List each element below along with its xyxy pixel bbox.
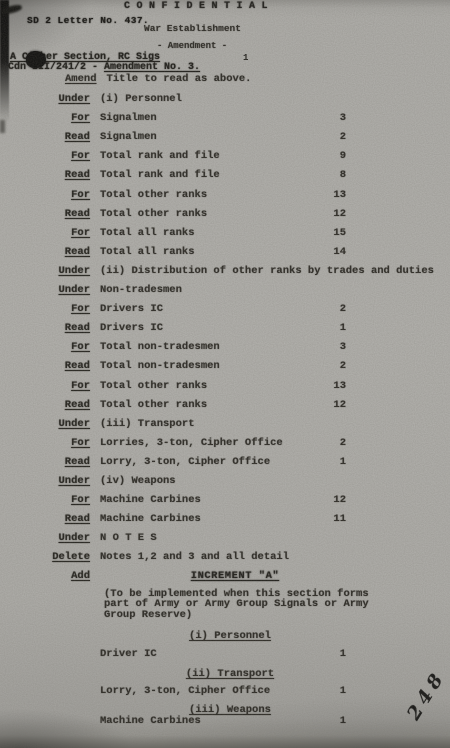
amendment-keyword: Read bbox=[28, 131, 90, 143]
increment-note-line: Group Reserve) bbox=[104, 610, 369, 620]
amendment-text: Total other ranks bbox=[100, 189, 207, 201]
amendment-text: Drivers IC bbox=[100, 322, 163, 334]
amendment-text: Total all ranks bbox=[100, 246, 195, 258]
amendment-text: Total other ranks bbox=[100, 380, 207, 392]
amendment-row: ForMachine Carbines12 bbox=[0, 494, 450, 513]
amendment-keyword: Under bbox=[28, 265, 90, 277]
amend-keyword: Amend bbox=[65, 73, 97, 85]
increment-note: (To be implemented when this section for… bbox=[104, 589, 369, 620]
reference-amendment-number: Amendment No. 3. bbox=[104, 62, 200, 73]
amendment-text: Total rank and file bbox=[100, 150, 220, 162]
amendment-text: Total other ranks bbox=[100, 208, 207, 220]
amendment-text: Machine Carbines bbox=[100, 513, 201, 525]
amendment-value: 12 bbox=[300, 399, 346, 411]
amendment-text: Signalmen bbox=[100, 131, 157, 143]
amendment-row: ReadTotal rank and file8 bbox=[0, 169, 450, 188]
doc-type-title: War Establishment bbox=[144, 23, 241, 34]
amendment-value: 3 bbox=[300, 112, 346, 124]
amendment-value: 1 bbox=[300, 456, 346, 468]
amendment-value: 2 bbox=[300, 437, 346, 449]
amendment-row: DeleteNotes 1,2 and 3 and all detail bbox=[0, 551, 450, 570]
increment-section-heading: (i) Personnel bbox=[150, 630, 310, 642]
amendment-row: Under(iii) Transport bbox=[0, 418, 450, 437]
amendment-row: ReadMachine Carbines11 bbox=[0, 513, 450, 532]
amendment-value: 13 bbox=[300, 189, 346, 201]
amendment-text: Total non-tradesmen bbox=[100, 360, 220, 372]
amendment-value: 3 bbox=[300, 341, 346, 353]
amendment-text: Total other ranks bbox=[100, 399, 207, 411]
reference-number: Cdn III/241/2 - bbox=[8, 62, 104, 73]
amendment-row: ForSignalmen3 bbox=[0, 112, 450, 131]
amendment-row: ReadTotal other ranks12 bbox=[0, 208, 450, 227]
amendment-row: ForTotal other ranks13 bbox=[0, 380, 450, 399]
amendment-keyword: Read bbox=[28, 246, 90, 258]
amendment-text: Lorry, 3-ton, Cipher Office bbox=[100, 456, 270, 468]
film-edge-artifact bbox=[0, 0, 9, 122]
amendment-text: Signalmen bbox=[100, 112, 157, 124]
amendment-row: Under(iv) Weapons bbox=[0, 475, 450, 494]
amendment-text: Total non-tradesmen bbox=[100, 341, 220, 353]
amendment-value: 8 bbox=[300, 169, 346, 181]
amendment-row: ReadTotal all ranks14 bbox=[0, 246, 450, 265]
classification-banner: CONFIDENTIAL bbox=[124, 1, 274, 12]
amendment-value: 15 bbox=[300, 227, 346, 239]
amendment-keyword: Read bbox=[28, 169, 90, 181]
amendment-keyword: Read bbox=[28, 513, 90, 525]
amendment-keyword: Under bbox=[28, 475, 90, 487]
amendment-text: Total all ranks bbox=[100, 227, 195, 239]
ink-blob-artifact bbox=[26, 51, 46, 68]
amendment-keyword: For bbox=[28, 189, 90, 201]
amendment-subtitle: - Amendment - bbox=[157, 41, 227, 51]
amendment-keyword: Read bbox=[28, 456, 90, 468]
amendment-keyword: For bbox=[28, 112, 90, 124]
amendment-text: (iii) Transport bbox=[100, 418, 195, 430]
amendment-keyword: Under bbox=[28, 284, 90, 296]
increment-item-text: Lorry, 3-ton, Cipher Office bbox=[100, 685, 270, 697]
amendment-text: Non-tradesmen bbox=[100, 284, 182, 296]
handwritten-page-number: 248 bbox=[403, 666, 450, 724]
amendment-value: 13 bbox=[300, 380, 346, 392]
stray-pencil-mark: 1 bbox=[243, 53, 248, 63]
amendment-text: (ii) Distribution of other ranks by trad… bbox=[100, 265, 434, 277]
amendment-keyword: Delete bbox=[28, 551, 90, 563]
amendment-value: 2 bbox=[300, 303, 346, 315]
amendment-keyword: Under bbox=[28, 418, 90, 430]
add-keyword: Add bbox=[28, 570, 90, 582]
amendment-text: Notes 1,2 and 3 and all detail bbox=[100, 551, 289, 563]
amendment-value: 14 bbox=[300, 246, 346, 258]
amendment-value: 12 bbox=[300, 494, 346, 506]
increment-item-value: 1 bbox=[300, 715, 346, 727]
amendment-row: ForLorries, 3-ton, Cipher Office2 bbox=[0, 437, 450, 456]
amendment-value: 11 bbox=[300, 513, 346, 525]
amendment-text: Total rank and file bbox=[100, 169, 220, 181]
amendment-row: ReadDrivers IC1 bbox=[0, 322, 450, 341]
amendment-row: ForTotal non-tradesmen3 bbox=[0, 341, 450, 360]
amendment-keyword: Under bbox=[28, 532, 90, 544]
amendment-row: ForTotal other ranks13 bbox=[0, 189, 450, 208]
amendment-value: 2 bbox=[300, 360, 346, 372]
amendment-text: (iv) Weapons bbox=[100, 475, 176, 487]
amend-directive: AmendTitle to read as above. bbox=[65, 73, 251, 85]
amendment-keyword: For bbox=[28, 303, 90, 315]
amendment-row: ReadLorry, 3-ton, Cipher Office1 bbox=[0, 456, 450, 475]
amendment-keyword: Read bbox=[28, 360, 90, 372]
amendment-value: 1 bbox=[300, 322, 346, 334]
amendment-value: 9 bbox=[300, 150, 346, 162]
amendment-keyword: For bbox=[28, 380, 90, 392]
amendment-keyword: For bbox=[28, 150, 90, 162]
amendment-row: ForDrivers IC2 bbox=[0, 303, 450, 322]
amendment-value: 2 bbox=[300, 131, 346, 143]
amendment-row: ReadTotal other ranks12 bbox=[0, 399, 450, 418]
increment-item-text: Driver IC bbox=[100, 648, 157, 660]
amendment-value: 12 bbox=[300, 208, 346, 220]
amendment-row: ForTotal all ranks15 bbox=[0, 227, 450, 246]
amend-text: Title to read as above. bbox=[107, 73, 252, 85]
amendment-text: (i) Personnel bbox=[100, 93, 182, 105]
amendment-keyword: Under bbox=[28, 93, 90, 105]
amendment-row: ReadSignalmen2 bbox=[0, 131, 450, 150]
increment-item-text: Machine Carbines bbox=[100, 715, 201, 727]
amendment-row: ForTotal rank and file9 bbox=[0, 150, 450, 169]
amendment-keyword: For bbox=[28, 494, 90, 506]
edge-smudge-artifact bbox=[0, 120, 5, 133]
amendment-row: UnderNon-tradesmen bbox=[0, 284, 450, 303]
amendment-row: ReadTotal non-tradesmen2 bbox=[0, 360, 450, 379]
amendment-row: Under(i) Personnel bbox=[0, 93, 450, 112]
increment-item-value: 1 bbox=[300, 648, 346, 660]
increment-heading: INCREMENT "A" bbox=[158, 570, 312, 582]
document-page: CONFIDENTIAL SD 2 Letter No. 437. War Es… bbox=[0, 0, 450, 748]
amendment-keyword: Read bbox=[28, 322, 90, 334]
increment-item-value: 1 bbox=[300, 685, 346, 697]
amendment-row: Under(ii) Distribution of other ranks by… bbox=[0, 265, 450, 284]
amendment-keyword: Read bbox=[28, 399, 90, 411]
amendment-keyword: For bbox=[28, 227, 90, 239]
amendment-keyword: For bbox=[28, 341, 90, 353]
letter-number: SD 2 Letter No. 437. bbox=[27, 15, 149, 26]
amendment-keyword: For bbox=[28, 437, 90, 449]
amendment-keyword: Read bbox=[28, 208, 90, 220]
amendment-text: Drivers IC bbox=[100, 303, 163, 315]
amendment-text: Lorries, 3-ton, Cipher Office bbox=[100, 437, 283, 449]
increment-section-heading: (ii) Transport bbox=[150, 668, 310, 680]
amendment-row: UnderN O T E S bbox=[0, 532, 450, 551]
amendment-text: N O T E S bbox=[100, 532, 157, 544]
amendment-text: Machine Carbines bbox=[100, 494, 201, 506]
